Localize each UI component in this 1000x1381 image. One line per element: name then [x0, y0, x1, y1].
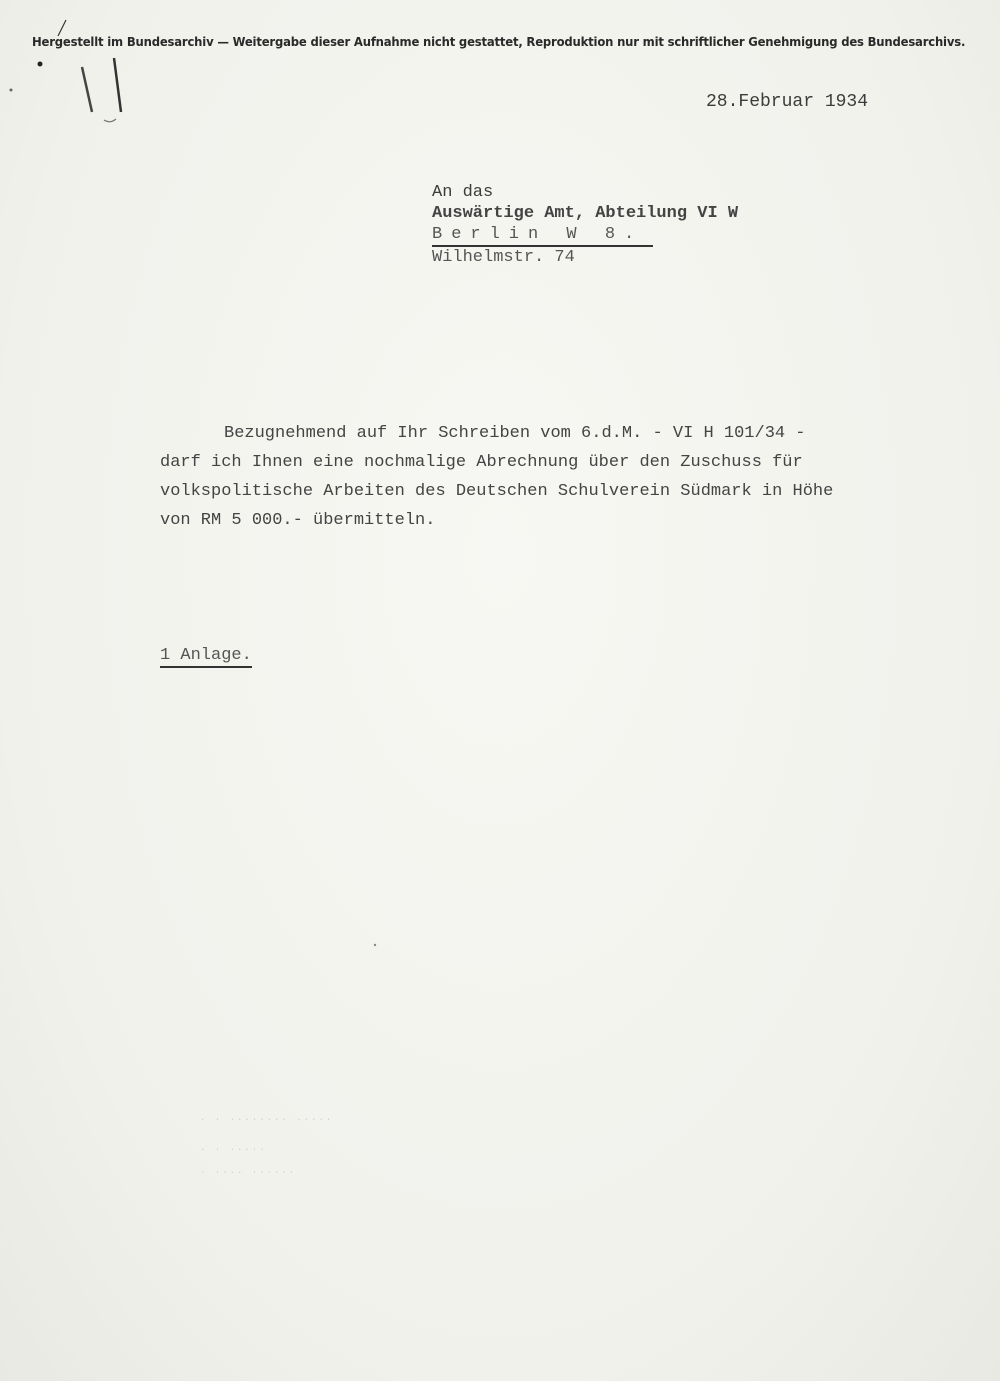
body-line: von RM 5 000.- übermitteln.	[160, 506, 980, 535]
faint-show-through: · · ········ ·····	[200, 1115, 333, 1125]
letter-body: Bezugnehmend auf Ihr Schreiben vom 6.d.M…	[160, 419, 980, 535]
recipient-address: An das Auswärtige Amt, Abteilung VI W Be…	[432, 182, 738, 268]
address-office: Auswärtige Amt, Abteilung VI W	[432, 203, 738, 224]
address-city: Berlin W 8.	[432, 224, 653, 247]
document-page: Hergestellt im Bundesarchiv — Weitergabe…	[0, 0, 1000, 1381]
body-line: Bezugnehmend auf Ihr Schreiben vom 6.d.M…	[160, 419, 980, 448]
archive-reproduction-notice: Hergestellt im Bundesarchiv — Weitergabe…	[32, 34, 925, 49]
enclosure-note: 1 Anlage.	[160, 646, 252, 668]
body-line: darf ich Ihnen eine nochmalige Abrechnun…	[160, 448, 980, 477]
letter-date: 28.Februar 1934	[706, 92, 868, 112]
body-line: volkspolitische Arbeiten des Deutschen S…	[160, 477, 980, 506]
address-street: Wilhelmstr. 74	[432, 247, 738, 268]
address-salutation: An das	[432, 182, 738, 203]
faint-show-through: · · ·····	[200, 1145, 267, 1155]
faint-show-through: · ···· ······	[200, 1168, 296, 1178]
